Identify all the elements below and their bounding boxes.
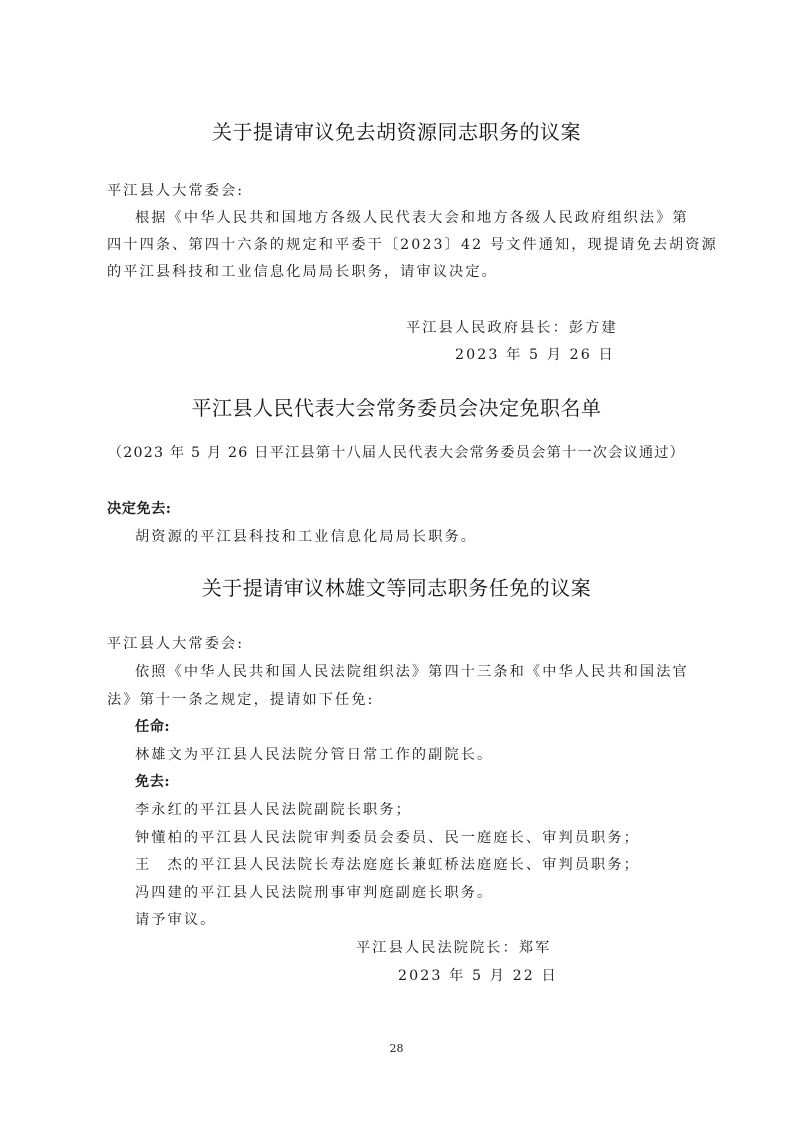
section1-paragraph-line-3: 的平江县科技和工业信息化局局长职务，请审议决定。 [107, 261, 498, 281]
page-number: 28 [0, 1042, 793, 1055]
document-page: 关于提请审议免去胡资源同志职务的议案 平江县人大常委会: 根据《中华人民共和国地… [0, 0, 793, 1122]
section3-remove-item-2: 钟懂柏的平江县人民法院审判委员会委员、民一庭庭长、审判员职务； [135, 827, 640, 847]
section1-salutation: 平江县人大常委会: [107, 180, 244, 200]
section3-appoint-item: 林雄文为平江县人民法院分管日常工作的副院长。 [135, 744, 493, 764]
section3-remove-item-4: 冯四建的平江县人民法院刑事审判庭副庭长职务。 [135, 882, 493, 902]
section3-paragraph-line-2: 法》第十一条之规定，提请如下任免: [107, 689, 374, 709]
section3-closing: 请予审议。 [135, 909, 216, 929]
section3-paragraph-line-1: 依照《中华人民共和国人民法院组织法》第四十三条和《中华人民共和国法官 [135, 661, 689, 681]
section2-title: 平江县人民代表大会常务委员会决定免职名单 [0, 392, 793, 421]
section2-item: 胡资源的平江县科技和工业信息化局局长职务。 [135, 526, 477, 546]
section3-salutation: 平江县人大常委会: [107, 633, 244, 653]
section1-signature: 平江县人民政府县长：彭方建 [406, 317, 618, 337]
section3-remove-item-1: 李永红的平江县人民法院副院长职务； [135, 799, 412, 819]
section3-appoint-heading: 任命: [135, 716, 170, 736]
section3-date: 2023 年 5 月 22 日 [398, 965, 558, 985]
section3-signature: 平江县人民法院院长：郑军 [356, 937, 551, 957]
section3-title: 关于提请审议林雄文等同志职务任免的议案 [0, 572, 793, 601]
section1-date: 2023 年 5 月 26 日 [455, 344, 615, 364]
section1-paragraph-line-2: 四十四条、第四十六条的规定和平委干〔2023〕42 号文件通知，现提请免去胡资源 [107, 234, 718, 254]
section3-remove-item-3: 王 杰的平江县人民法院长寿法庭庭长兼虹桥法庭庭长、审判员职务； [135, 854, 640, 874]
section1-title: 关于提请审议免去胡资源同志职务的议案 [0, 116, 793, 145]
section2-heading: 决定免去: [107, 498, 172, 518]
section2-subtitle: （2023 年 5 月 26 日平江县第十八届人民代表大会常务委员会第十一次会议… [0, 442, 793, 462]
section3-remove-heading: 免去: [135, 771, 170, 791]
section1-paragraph-line-1: 根据《中华人民共和国地方各级人民代表大会和地方各级人民政府组织法》第 [135, 207, 689, 227]
